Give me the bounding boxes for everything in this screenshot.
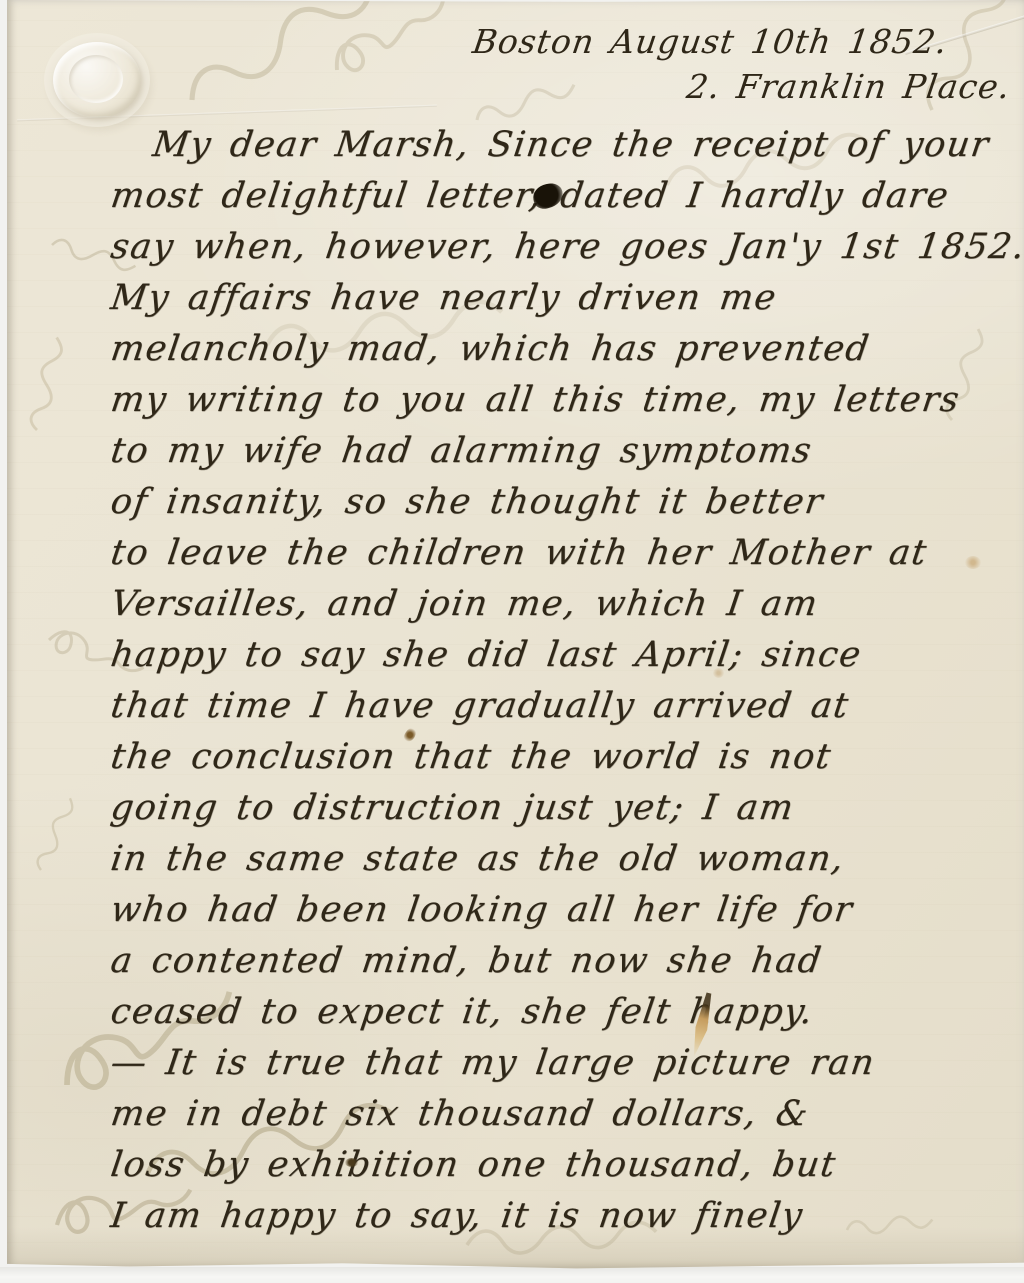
foxing-spot	[713, 668, 724, 678]
letter-line: My dear Marsh, Since the receipt of your	[7, 120, 1024, 171]
letter-line: — It is true that my large picture ran	[7, 1038, 1024, 1089]
letter-line: say when, however, here goes Jan'y 1st 1…	[7, 222, 1024, 273]
letter-line: me in debt six thousand dollars, &	[7, 1089, 1024, 1140]
address-text: 2. Franklin Place.	[684, 67, 1013, 106]
letter-dateline: Boston August 10th 1852.	[7, 22, 1024, 61]
ink-fleck	[345, 1158, 358, 1167]
scanner-edge-bottom	[0, 1267, 1024, 1283]
letter-body: My dear Marsh, Since the receipt of your…	[7, 120, 1024, 1242]
letter-line: that time I have gradually arrived at	[7, 681, 1024, 732]
letter-line: I am happy to say, it is now finely	[7, 1191, 1024, 1242]
letter-line: a contented mind, but now she had	[7, 936, 1024, 987]
letter-line: loss by exhibition one thousand, but	[7, 1140, 1024, 1191]
letter-line: in the same state as the old woman,	[7, 834, 1024, 885]
dateline-text: Boston August 10th 1852.	[471, 22, 951, 61]
letter-sheet: Boston August 10th 1852. 2. Franklin Pla…	[7, 0, 1024, 1269]
letter-line: of insanity, so she thought it better	[7, 477, 1024, 528]
scan-surface: Boston August 10th 1852. 2. Franklin Pla…	[0, 0, 1024, 1283]
letter-line: the conclusion that the world is not	[7, 732, 1024, 783]
letter-line: My affairs have nearly driven me	[7, 273, 1024, 324]
letter-line: Versailles, and join me, which I am	[7, 579, 1024, 630]
letter-line: my writing to you all this time, my lett…	[7, 375, 1024, 426]
letter-line: who had been looking all her life for	[7, 885, 1024, 936]
letter-line: melancholy mad, which has prevented	[7, 324, 1024, 375]
letter-line: ceased to expect it, she felt happy.	[7, 987, 1024, 1038]
scanned-letter-page: { "document": { "dateline": "Boston Augu…	[0, 0, 1024, 1283]
letter-line: most delightful letter, dated I hardly d…	[7, 171, 1024, 222]
letter-line: happy to say she did last April; since	[7, 630, 1024, 681]
foxing-spot	[965, 556, 981, 569]
letter-line: to leave the children with her Mother at	[7, 528, 1024, 579]
letter-line: to my wife had alarming symptoms	[7, 426, 1024, 477]
letter-line: going to distruction just yet; I am	[7, 783, 1024, 834]
letter-address-line: 2. Franklin Place.	[7, 67, 1024, 106]
